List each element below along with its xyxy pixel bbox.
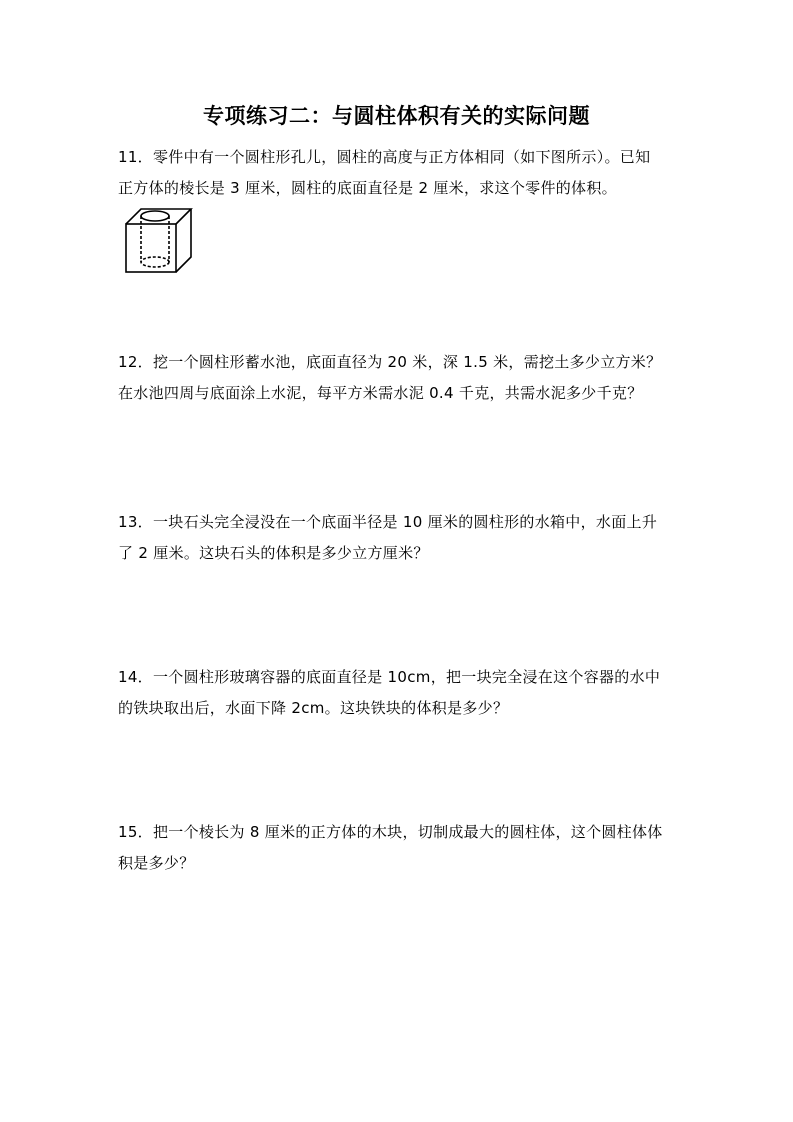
question-text-line: 在水池四周与底面涂上水泥，每平方米需水泥 0.4 千克，共需水泥多少千克？ <box>118 378 678 409</box>
question-text-line: 的铁块取出后，水面下降 2cm。这块铁块的体积是多少？ <box>118 693 678 724</box>
question-13: 13．一块石头完全浸没在一个底面半径是 10 厘米的圆柱形的水箱中，水面上升 了… <box>118 507 678 569</box>
question-11: 11．零件中有一个圆柱形孔儿，圆柱的高度与正方体相同（如下图所示）。已知 正方体… <box>118 142 678 204</box>
question-text-line: 12．挖一个圆柱形蓄水池，底面直径为 20 米，深 1.5 米，需挖土多少立方米… <box>118 347 678 378</box>
question-text-line: 正方体的棱长是 3 厘米，圆柱的底面直径是 2 厘米，求这个零件的体积。 <box>118 173 678 204</box>
question-text-line: 积是多少？ <box>118 848 678 879</box>
question-text-line: 了 2 厘米。这块石头的体积是多少立方厘米？ <box>118 538 678 569</box>
question-15: 15．把一个棱长为 8 厘米的正方体的木块，切制成最大的圆柱体，这个圆柱体体 积… <box>118 817 678 879</box>
page-title: 专项练习二：与圆柱体积有关的实际问题 <box>0 101 793 131</box>
question-text-line: 13．一块石头完全浸没在一个底面半径是 10 厘米的圆柱形的水箱中，水面上升 <box>118 507 678 538</box>
cube-cylinder-diagram-icon <box>118 200 198 276</box>
question-text-line: 14．一个圆柱形玻璃容器的底面直径是 10cm，把一块完全浸在这个容器的水中 <box>118 662 678 693</box>
cube-with-cylinder-figure <box>118 200 198 276</box>
question-12: 12．挖一个圆柱形蓄水池，底面直径为 20 米，深 1.5 米，需挖土多少立方米… <box>118 347 678 409</box>
question-text-line: 15．把一个棱长为 8 厘米的正方体的木块，切制成最大的圆柱体，这个圆柱体体 <box>118 817 678 848</box>
question-text-line: 11．零件中有一个圆柱形孔儿，圆柱的高度与正方体相同（如下图所示）。已知 <box>118 142 678 173</box>
question-14: 14．一个圆柱形玻璃容器的底面直径是 10cm，把一块完全浸在这个容器的水中 的… <box>118 662 678 724</box>
